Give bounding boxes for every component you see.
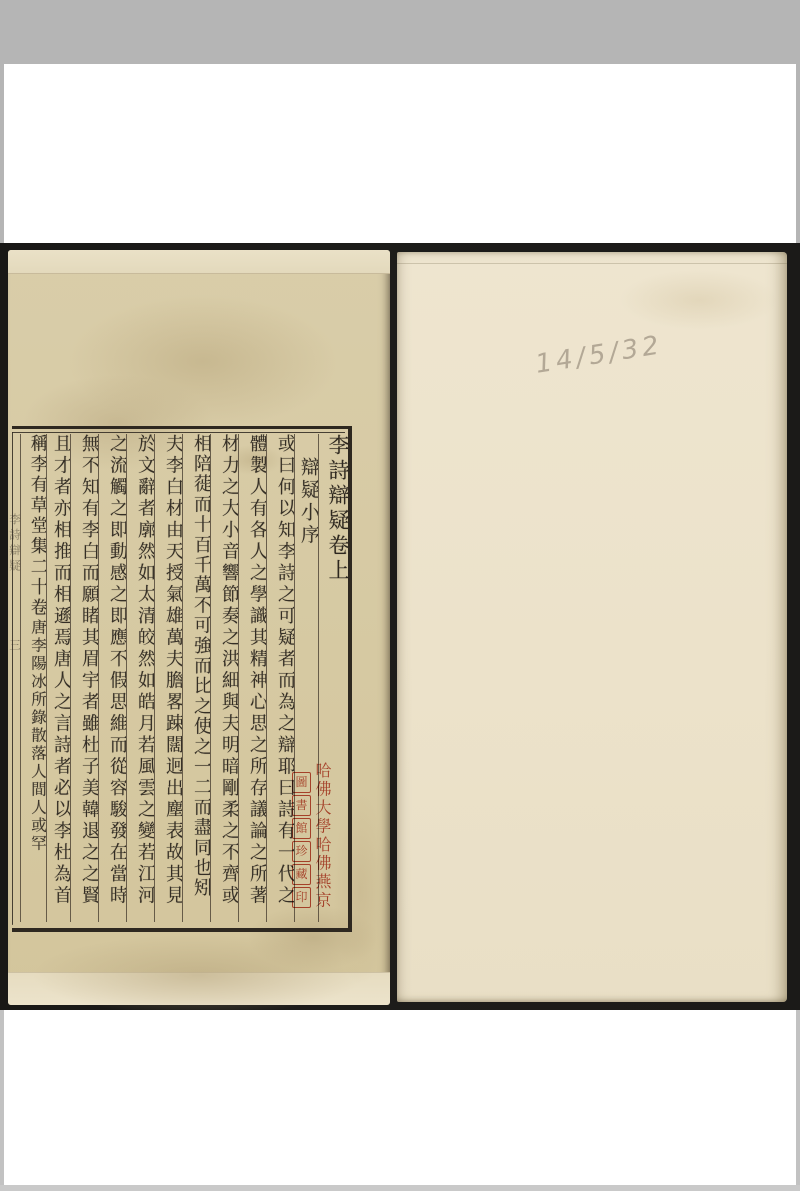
bottom-gray-band — [0, 1185, 800, 1191]
text-column-5: 夫李白材由天授氣雄萬夫膽畧踈闊迥出塵表故其見 — [154, 434, 182, 922]
seal-outer-column: 哈佛大學哈佛燕京 — [314, 760, 330, 932]
paper-stain — [68, 294, 338, 429]
pencil-annotation: 14/5/32 — [533, 330, 664, 380]
closing-column-annotation: 唐李陽冰所錄散落人間人或罕 — [29, 619, 46, 853]
seal-char: 書 — [292, 795, 311, 816]
page-edge-top — [8, 250, 390, 274]
right-page: 14/5/32 — [397, 252, 787, 1002]
white-margin-top — [0, 64, 800, 243]
text-column-4: 相陪蓰而十百千萬不可強而比之使之一二而盡同也矧 — [182, 434, 210, 922]
white-margin-bottom — [0, 1010, 800, 1185]
seal-char: 圖 — [292, 772, 311, 793]
top-gray-band — [0, 0, 800, 64]
text-column-1: 或曰何以知李詩之可疑者而為之辯耶曰詩有一代之 — [266, 434, 294, 922]
seal-inner-column: 圖 書 館 珍 藏 印 — [292, 760, 311, 932]
text-column-3: 材力之大小音響節奏之洪細與夫明暗剛柔之不齊或 — [210, 434, 238, 922]
book-scan-viewport: 李詩辯疑 三 李詩辯疑卷上 辯疑小序 或曰何以知李詩之可疑者而為之辯耶曰詩有一代… — [0, 0, 800, 1191]
seal-char: 印 — [292, 887, 311, 908]
paper-stain — [619, 270, 779, 330]
text-column-2: 體製人有各人之學識其精神心思之所存議論之所著 — [238, 434, 266, 922]
closing-column-main: 稱李有草堂集二十卷 — [28, 434, 46, 619]
page-crease — [397, 263, 787, 264]
seal-char: 藏 — [292, 864, 311, 885]
closing-column: 稱李有草堂集二十卷唐李陽冰所錄散落人間人或罕 — [20, 434, 46, 922]
text-column-6: 於文辭者廓然如太清皎然如皓月若風雲之變若江河 — [126, 434, 154, 922]
seal-char: 館 — [292, 818, 311, 839]
text-column-8: 無不知有李白而願睹其眉宇者雖杜子美韓退之之賢 — [70, 434, 98, 922]
text-column-9: 且才者亦相推而相遜焉唐人之言詩者必以李杜為首 — [46, 434, 70, 922]
library-seal: 圖 書 館 珍 藏 印 哈佛大學哈佛燕京 — [292, 760, 336, 932]
text-column-7: 之流觸之即動感之即應不假思維而從容駿發在當時 — [98, 434, 126, 922]
seal-char: 珍 — [292, 841, 311, 862]
left-page: 李詩辯疑 三 李詩辯疑卷上 辯疑小序 或曰何以知李詩之可疑者而為之辯耶曰詩有一代… — [8, 250, 390, 1005]
scan-area: 李詩辯疑 三 李詩辯疑卷上 辯疑小序 或曰何以知李詩之可疑者而為之辯耶曰詩有一代… — [0, 243, 800, 1010]
page-edge-bottom — [8, 972, 390, 1005]
